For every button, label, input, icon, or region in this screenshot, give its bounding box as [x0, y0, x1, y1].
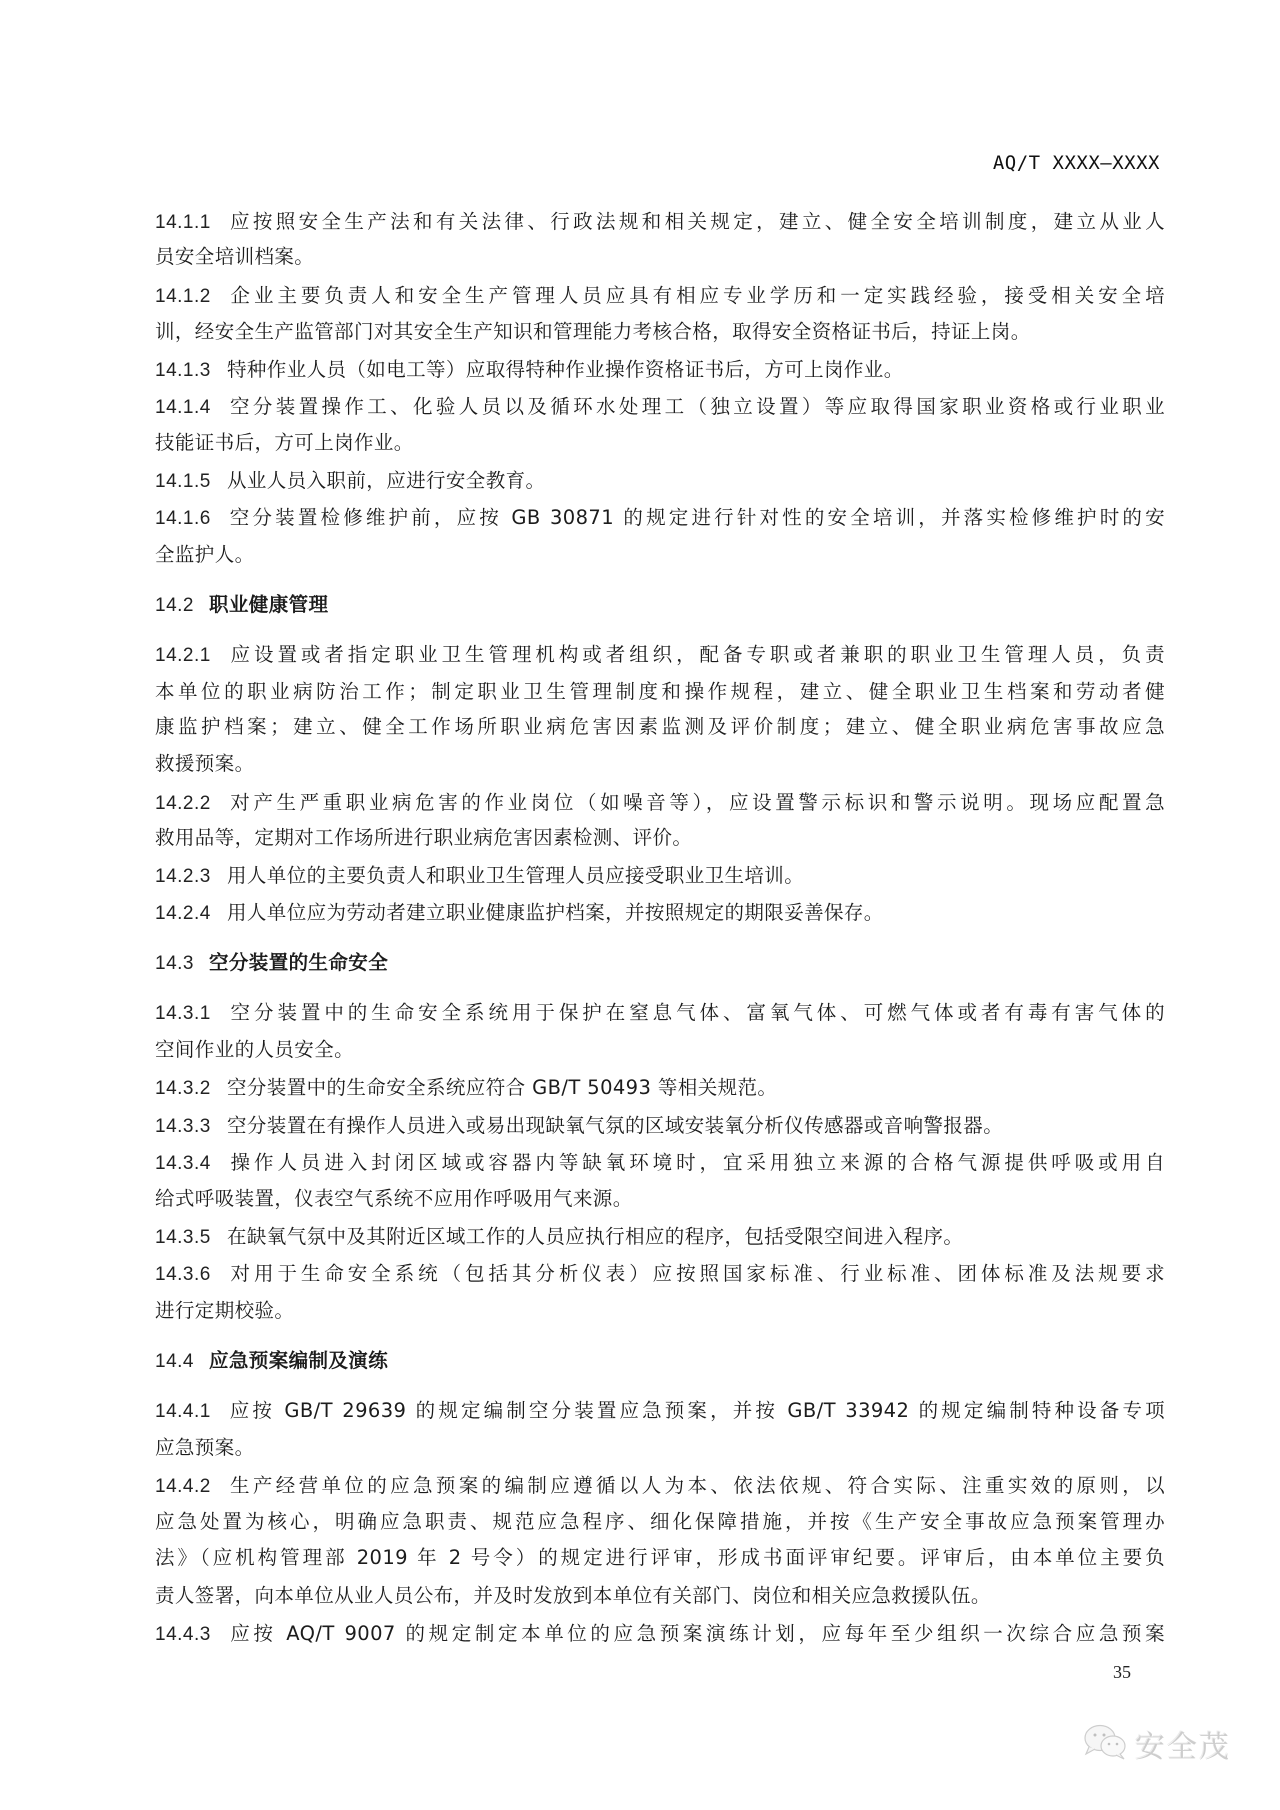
clause-14-4-3-line-1: 14.4.3应按 AQ/T 9007 的规定制定本单位的应急预案演练计划，应每年…: [155, 1622, 1165, 1647]
clause-14-4-2-line-4: 责人签署，向本单位从业人员公布，并及时发放到本单位有关部门、岗位和相关应急救援队…: [155, 1584, 1165, 1608]
clause-number: 14.3.5: [155, 1226, 227, 1250]
clause-14-2-2-line-2: 救用品等，定期对工作场所进行职业病危害因素检测、评价。: [155, 826, 1165, 850]
clause-14-2-2-line-1: 14.2.2对产生严重职业病危害的作业岗位（如噪音等），应设置警示标识和警示说明…: [155, 791, 1165, 816]
document-page: AQ/T XXXX—XXXX 14.1.1应按照安全生产法和有关法律、行政法规和…: [0, 0, 1280, 1810]
clause-14-3-6-line-1: 14.3.6对用于生命安全系统（包括其分析仪表）应按照国家标准、行业标准、团体标…: [155, 1262, 1165, 1287]
clause-14-2-1-line-2: 本单位的职业病防治工作；制定职业卫生管理制度和操作规程，建立、健全职业卫生档案和…: [155, 680, 1165, 704]
section-heading-14-3: 14.3空分装置的生命安全: [155, 951, 1165, 976]
clause-number: 14.1.4: [155, 396, 227, 420]
clause-14-1-2-line-1: 14.1.2企业主要负责人和安全生产管理人员应具有相应专业学历和一定实践经验，接…: [155, 284, 1165, 309]
clause-text: 对产生严重职业病危害的作业岗位（如噪音等），应设置警示标识和警示说明。现场应配置…: [227, 791, 1165, 814]
watermark-text: 安全茂: [1135, 1722, 1231, 1766]
section-title: 职业健康管理: [209, 593, 328, 616]
page-number: 35: [1113, 1662, 1131, 1683]
clause-number: 14.1.1: [155, 211, 227, 235]
clause-text: 操作人员进入封闭区域或容器内等缺氧环境时，宜采用独立来源的合格气源提供呼吸或用自: [227, 1151, 1165, 1174]
clause-14-2-1-line-3: 康监护档案；建立、健全工作场所职业病危害因素监测及评价制度；建立、健全职业病危害…: [155, 715, 1165, 739]
clause-text: 应设置或者指定职业卫生管理机构或者组织，配备专职或者兼职的职业卫生管理人员，负责: [227, 643, 1165, 666]
clause-number: 14.3.4: [155, 1152, 227, 1176]
section-title: 应急预案编制及演练: [209, 1349, 388, 1372]
clause-14-1-1-line-1: 14.1.1应按照安全生产法和有关法律、行政法规和相关规定，建立、健全安全培训制…: [155, 210, 1165, 235]
clause-14-1-6-line-1: 14.1.6空分装置检修维护前，应按 GB 30871 的规定进行针对性的安全培…: [155, 506, 1165, 531]
section-title: 空分装置的生命安全: [209, 951, 388, 974]
clause-text: 从业人员入职前，应进行安全教育。: [227, 469, 545, 492]
clause-text: 空分装置中的生命安全系统用于保护在窒息气体、富氧气体、可燃气体或者有毒有害气体的: [227, 1001, 1165, 1024]
clause-number: 14.4.1: [155, 1400, 227, 1424]
watermark: 安全茂: [1083, 1722, 1231, 1766]
clause-number: 14.2.3: [155, 865, 227, 889]
section-heading-14-4: 14.4应急预案编制及演练: [155, 1349, 1165, 1374]
clause-number: 14.3.3: [155, 1115, 227, 1139]
clause-text: 用人单位的主要负责人和职业卫生管理人员应接受职业卫生培训。: [227, 864, 804, 887]
clause-14-3-4-line-1: 14.3.4操作人员进入封闭区域或容器内等缺氧环境时，宜采用独立来源的合格气源提…: [155, 1151, 1165, 1176]
section-heading-14-2: 14.2职业健康管理: [155, 593, 1165, 618]
clause-text: 在缺氧气氛中及其附近区域工作的人员应执行相应的程序，包括受限空间进入程序。: [227, 1225, 963, 1248]
clause-text: 应按 GB/T 29639 的规定编制空分装置应急预案，并按 GB/T 3394…: [227, 1399, 1165, 1422]
clause-number: 14.1.5: [155, 470, 227, 494]
clause-14-1-4-line-2: 技能证书后，方可上岗作业。: [155, 431, 1165, 455]
clause-number: 14.3.1: [155, 1002, 227, 1026]
clause-text: 应按 AQ/T 9007 的规定制定本单位的应急预案演练计划，应每年至少组织一次…: [227, 1622, 1165, 1645]
clause-14-3-2-line-1: 14.3.2空分装置中的生命安全系统应符合 GB/T 50493 等相关规范。: [155, 1076, 1165, 1101]
clause-text: 生产经营单位的应急预案的编制应遵循以人为本、依法依规、符合实际、注重实效的原则，…: [227, 1474, 1165, 1497]
clause-text: 空分装置检修维护前，应按 GB 30871 的规定进行针对性的安全培训，并落实检…: [227, 506, 1165, 529]
clause-14-4-1-line-2: 应急预案。: [155, 1436, 1165, 1460]
standard-code-header: AQ/T XXXX—XXXX: [993, 152, 1160, 174]
clause-14-2-1-line-4: 救援预案。: [155, 752, 1165, 776]
clause-14-4-1-line-1: 14.4.1应按 GB/T 29639 的规定编制空分装置应急预案，并按 GB/…: [155, 1399, 1165, 1424]
clause-14-2-3-line-1: 14.2.3用人单位的主要负责人和职业卫生管理人员应接受职业卫生培训。: [155, 864, 1165, 889]
clause-text: 空分装置操作工、化验人员以及循环水处理工（独立设置）等应取得国家职业资格或行业职…: [227, 395, 1165, 418]
section-number: 14.4: [155, 1350, 209, 1374]
clause-14-3-4-line-2: 给式呼吸装置，仪表空气系统不应用作呼吸用气来源。: [155, 1187, 1165, 1211]
clause-text: 空分装置中的生命安全系统应符合 GB/T 50493 等相关规范。: [227, 1076, 777, 1099]
clause-14-3-3-line-1: 14.3.3空分装置在有操作人员进入或易出现缺氧气氛的区域安装氧分析仪传感器或音…: [155, 1114, 1165, 1139]
clause-14-1-4-line-1: 14.1.4空分装置操作工、化验人员以及循环水处理工（独立设置）等应取得国家职业…: [155, 395, 1165, 420]
clause-14-1-5-line-1: 14.1.5从业人员入职前，应进行安全教育。: [155, 469, 1165, 494]
clause-number: 14.2.1: [155, 644, 227, 668]
clause-14-1-3-line-1: 14.1.3特种作业人员（如电工等）应取得特种作业操作资格证书后，方可上岗作业。: [155, 358, 1165, 383]
clause-text: 应按照安全生产法和有关法律、行政法规和相关规定，建立、健全安全培训制度，建立从业…: [227, 210, 1165, 233]
clause-number: 14.3.2: [155, 1077, 227, 1101]
clause-number: 14.4.3: [155, 1623, 227, 1647]
clause-14-1-1-line-2: 员安全培训档案。: [155, 245, 1165, 269]
clause-number: 14.1.2: [155, 285, 227, 309]
clause-text: 用人单位应为劳动者建立职业健康监护档案，并按照规定的期限妥善保存。: [227, 901, 884, 924]
clause-14-3-1-line-2: 空间作业的人员安全。: [155, 1038, 1165, 1062]
clause-14-3-1-line-1: 14.3.1空分装置中的生命安全系统用于保护在窒息气体、富氧气体、可燃气体或者有…: [155, 1001, 1165, 1026]
clause-text: 空分装置在有操作人员进入或易出现缺氧气氛的区域安装氧分析仪传感器或音响警报器。: [227, 1114, 1003, 1137]
clause-text: 对用于生命安全系统（包括其分析仪表）应按照国家标准、行业标准、团体标准及法规要求: [227, 1262, 1165, 1285]
clause-14-3-6-line-2: 进行定期校验。: [155, 1299, 1165, 1323]
clause-14-2-1-line-1: 14.2.1应设置或者指定职业卫生管理机构或者组织，配备专职或者兼职的职业卫生管…: [155, 643, 1165, 668]
clause-number: 14.4.2: [155, 1475, 227, 1499]
clause-14-4-2-line-2: 应急处置为核心，明确应急职责、规范应急程序、细化保障措施，并按《生产安全事故应急…: [155, 1510, 1165, 1534]
clause-number: 14.1.3: [155, 359, 227, 383]
clause-text: 特种作业人员（如电工等）应取得特种作业操作资格证书后，方可上岗作业。: [227, 358, 904, 381]
section-number: 14.2: [155, 594, 209, 618]
clause-14-4-2-line-3: 法》（应机构管理部 2019 年 2 号令）的规定进行评审，形成书面评审纪要。评…: [155, 1546, 1165, 1570]
section-number: 14.3: [155, 952, 209, 976]
clause-number: 14.2.2: [155, 792, 227, 816]
clause-number: 14.1.6: [155, 507, 227, 531]
wechat-icon: [1083, 1723, 1129, 1765]
clause-14-4-2-line-1: 14.4.2生产经营单位的应急预案的编制应遵循以人为本、依法依规、符合实际、注重…: [155, 1474, 1165, 1499]
clause-text: 企业主要负责人和安全生产管理人员应具有相应专业学历和一定实践经验，接受相关安全培: [227, 284, 1165, 307]
clause-14-3-5-line-1: 14.3.5在缺氧气氛中及其附近区域工作的人员应执行相应的程序，包括受限空间进入…: [155, 1225, 1165, 1250]
clause-14-1-6-line-2: 全监护人。: [155, 543, 1165, 567]
clause-number: 14.2.4: [155, 902, 227, 926]
clause-14-1-2-line-2: 训，经安全生产监管部门对其安全生产知识和管理能力考核合格，取得安全资格证书后，持…: [155, 320, 1165, 344]
clause-number: 14.3.6: [155, 1263, 227, 1287]
clause-14-2-4-line-1: 14.2.4用人单位应为劳动者建立职业健康监护档案，并按照规定的期限妥善保存。: [155, 901, 1165, 926]
